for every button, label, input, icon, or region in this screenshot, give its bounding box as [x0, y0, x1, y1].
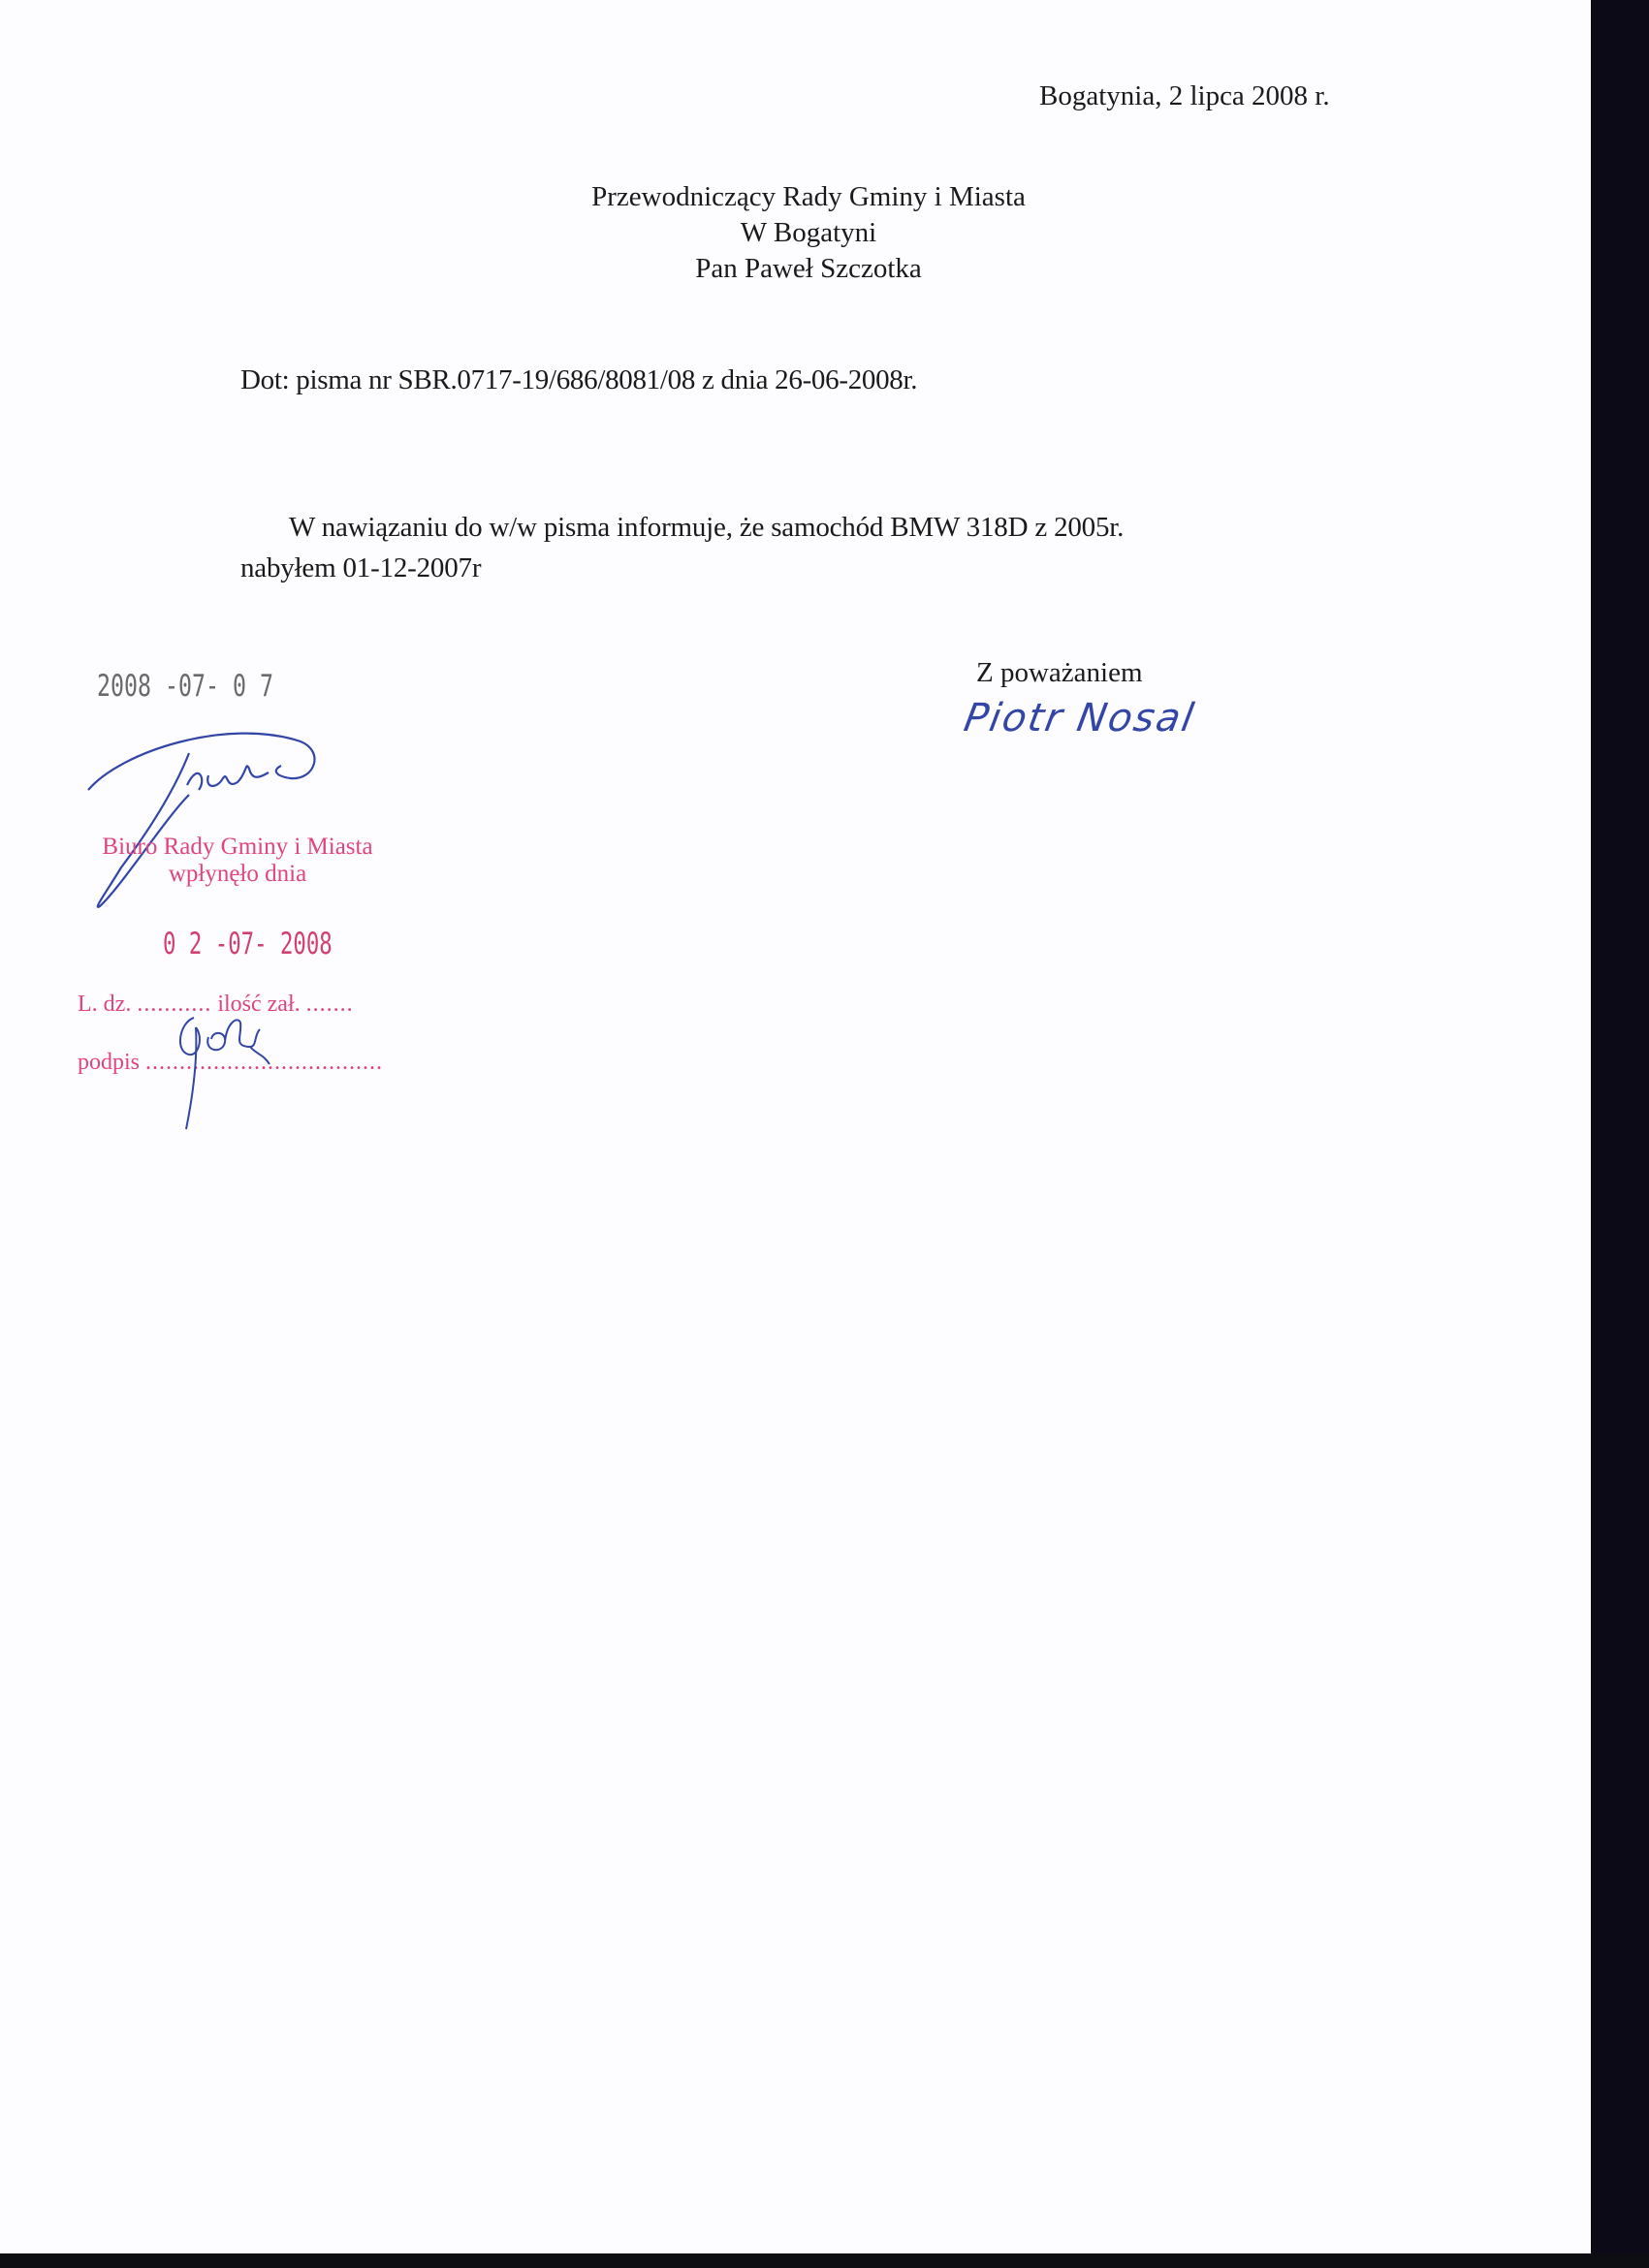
stamp-signature-label: podpis — [78, 1050, 140, 1075]
recipient-block: Przewodniczący Rady Gminy i Miasta W Bog… — [543, 179, 1074, 287]
handwritten-signature: Piotr Nosal — [961, 696, 1199, 740]
received-date-stamp: 2008 -07- 0 7 — [97, 669, 273, 704]
body-line: nabyłem 01-12-2007r — [240, 554, 481, 583]
stamp-office-name: Biuro Rady Gminy i Miasta — [78, 834, 397, 861]
place-and-date: Bogatynia, 2 lipca 2008 r. — [1039, 82, 1330, 110]
stamp-attachments-dots: ....... — [306, 992, 354, 1017]
scan-border-bottom — [0, 2253, 1649, 2268]
closing-salutation: Z poważaniem — [976, 659, 1143, 687]
document-page: Bogatynia, 2 lipca 2008 r. Przewodnicząc… — [0, 0, 1591, 2253]
subject-line: Dot: pisma nr SBR.0717-19/686/8081/08 z … — [240, 366, 917, 394]
stamp-date: 0 2 -07- 2008 — [163, 927, 333, 961]
recipient-line: Pan Paweł Szczotka — [543, 251, 1074, 287]
office-received-stamp: Biuro Rady Gminy i Miasta wpłynęło dnia — [78, 834, 397, 888]
body-line: W nawiązaniu do w/w pisma informuje, że … — [289, 514, 1124, 542]
clerk-signature-icon — [165, 1008, 291, 1134]
stamp-received-label: wpłynęło dnia — [78, 861, 397, 888]
recipient-line: W Bogatyni — [543, 215, 1074, 251]
recipient-line: Przewodniczący Rady Gminy i Miasta — [543, 179, 1074, 215]
stamp-ref-label: L. dz. — [78, 992, 131, 1017]
scan-border-right — [1591, 0, 1649, 2268]
